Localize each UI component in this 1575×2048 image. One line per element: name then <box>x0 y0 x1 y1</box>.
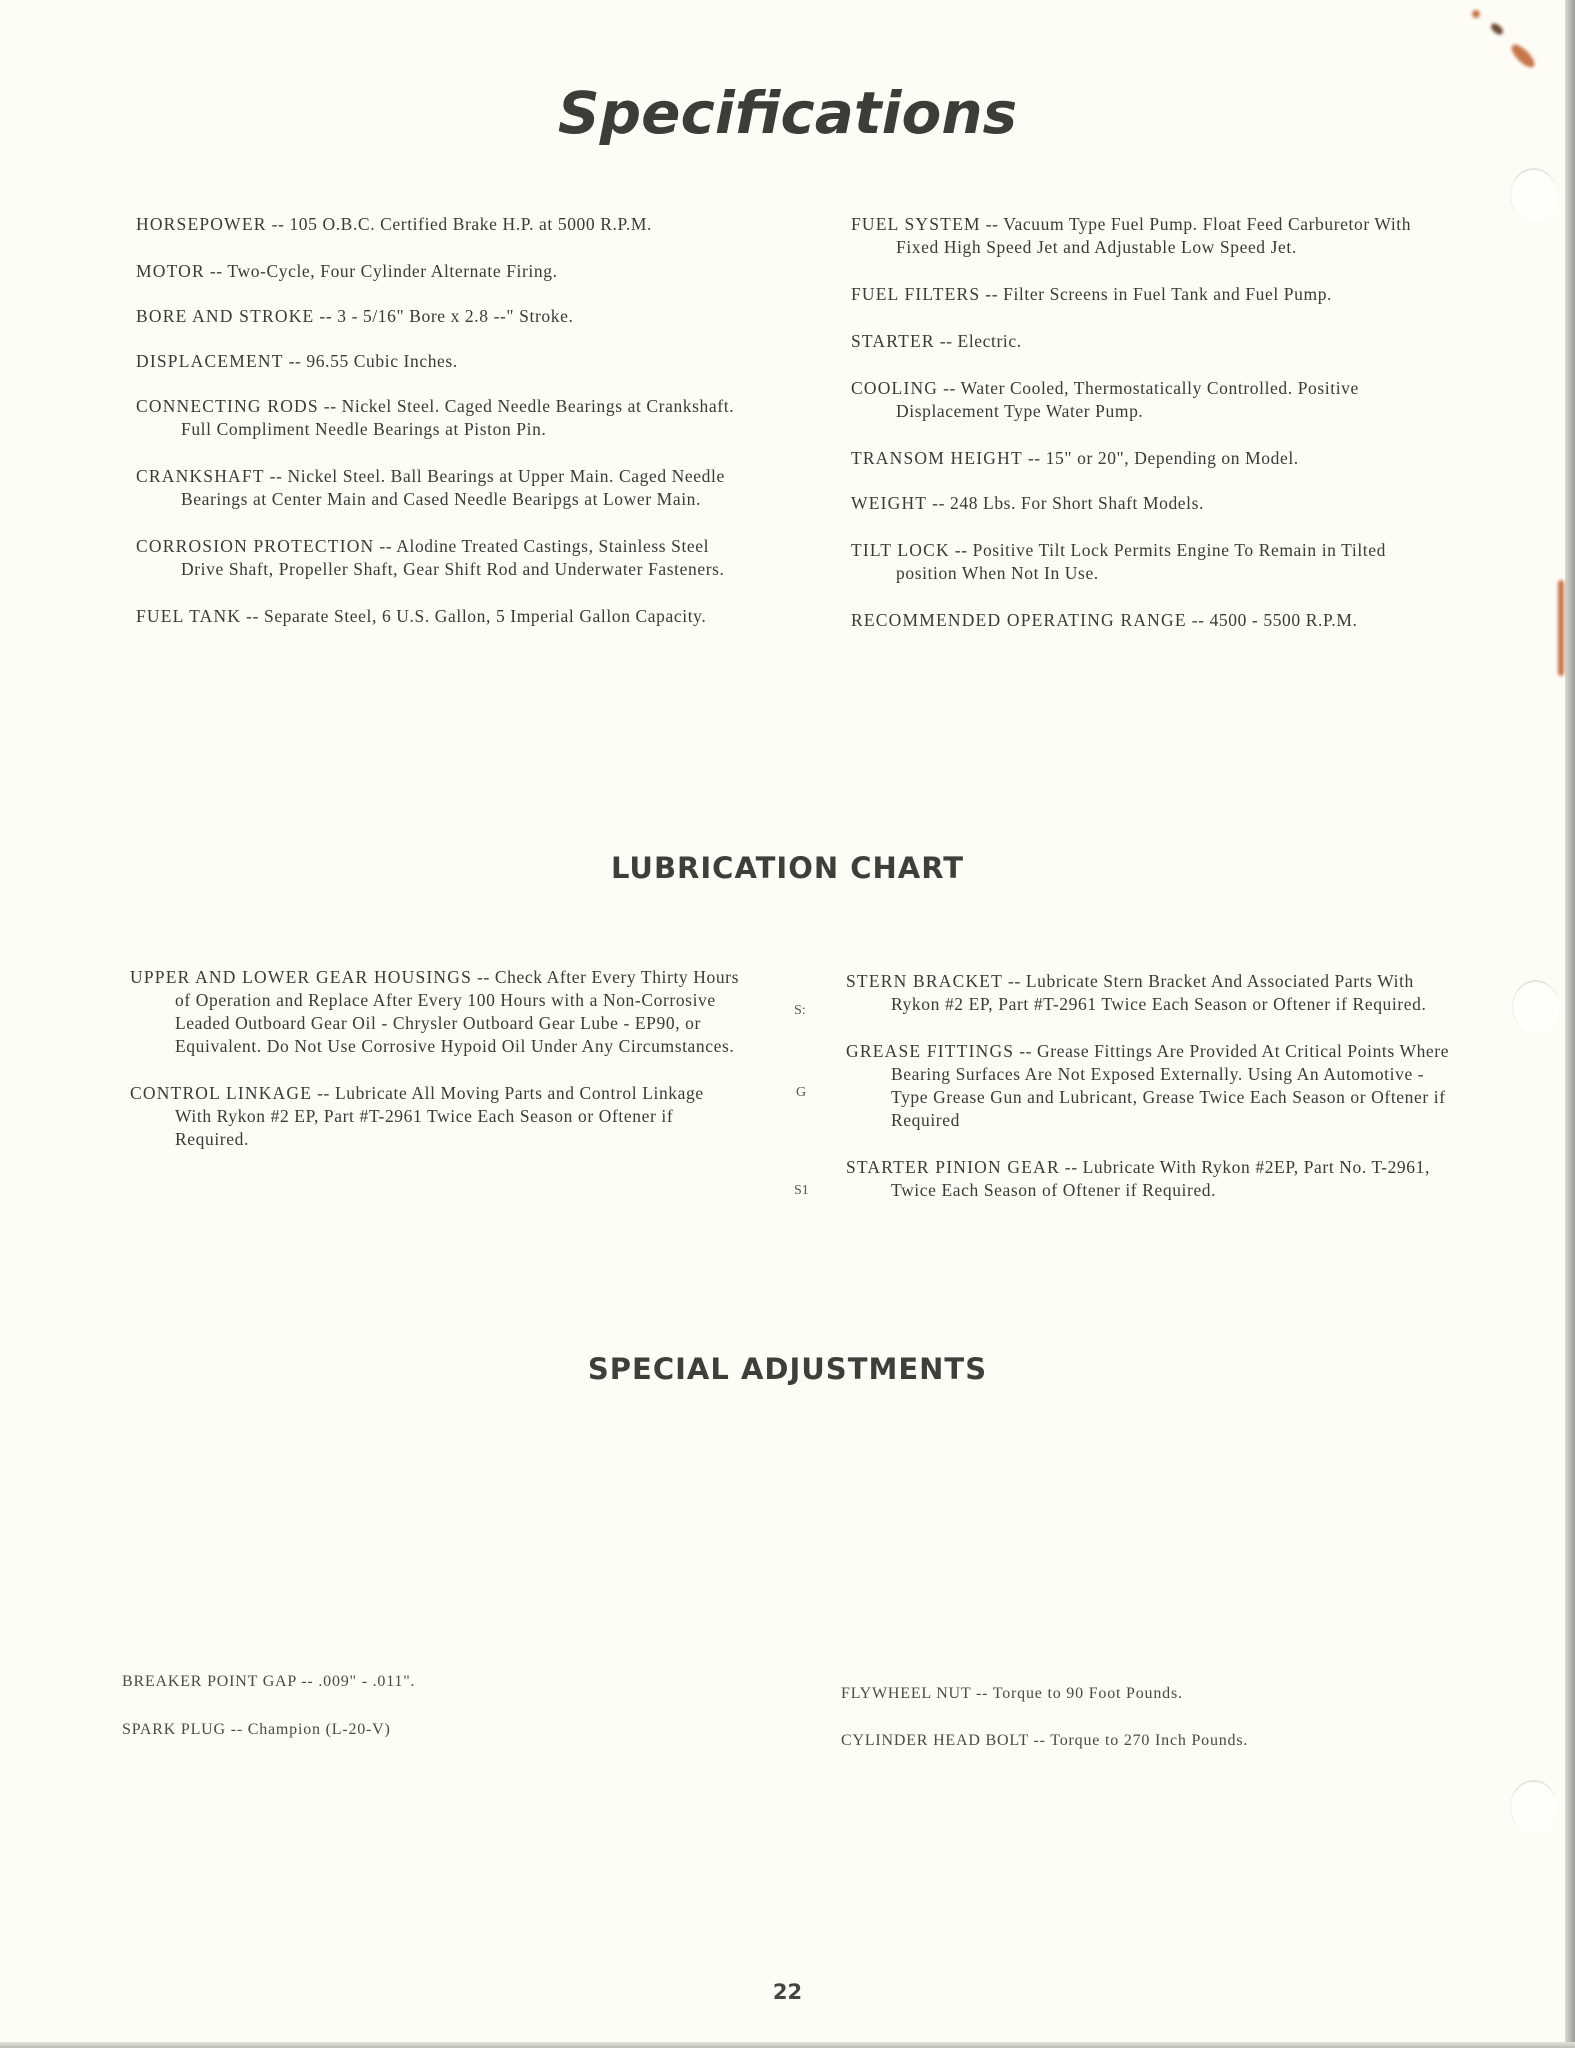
separator: -- <box>927 493 950 513</box>
spec-entry: MOTOR -- Two-Cycle, Four Cylinder Altern… <box>136 260 736 283</box>
spec-entry: GREASE FITTINGS -- Grease Fittings Are P… <box>846 1040 1466 1132</box>
margin-note: S: <box>794 1003 806 1019</box>
spec-entry: TRANSOM HEIGHT -- 15" or 20", Depending … <box>851 447 1451 470</box>
spec-entry: COOLING -- Water Cooled, Thermostaticall… <box>851 377 1451 423</box>
separator: -- <box>935 331 958 351</box>
spec-key: WEIGHT <box>851 493 927 513</box>
spec-entry: UPPER AND LOWER GEAR HOUSINGS -- Check A… <box>130 966 745 1058</box>
spec-key: COOLING <box>851 378 938 398</box>
separator: -- <box>1187 610 1210 630</box>
spec-value: Separate Steel, 6 U.S. Gallon, 5 Imperia… <box>264 606 706 626</box>
lubrication-heading: LUBRICATION CHART <box>0 851 1575 885</box>
spec-entry: STERN BRACKET -- Lubricate Stern Bracket… <box>846 970 1466 1016</box>
spec-value: Two-Cycle, Four Cylinder Alternate Firin… <box>227 261 557 281</box>
separator: -- <box>241 606 264 626</box>
margin-note: S1 <box>794 1183 809 1199</box>
spec-key: MOTOR <box>136 261 205 281</box>
separator: -- <box>205 261 228 281</box>
separator: -- <box>284 351 307 371</box>
spec-key: TILT LOCK <box>851 540 950 560</box>
spec-entry: STARTER PINION GEAR -- Lubricate With Ry… <box>846 1156 1466 1202</box>
spec-key: CONNECTING RODS <box>136 396 319 416</box>
spec-value: 105 O.B.C. Certified Brake H.P. at 5000 … <box>289 214 652 234</box>
page-bottom-edge <box>0 2042 1575 2048</box>
spec-entry: CONNECTING RODS -- Nickel Steel. Caged N… <box>136 395 736 441</box>
specifications-right-column: FUEL SYSTEM -- Vacuum Type Fuel Pump. Fl… <box>851 213 1451 632</box>
spec-entry: STARTER -- Electric. <box>851 330 1451 353</box>
separator: -- <box>265 466 288 486</box>
spec-value: 248 Lbs. For Short Shaft Models. <box>950 493 1204 513</box>
spec-key: FUEL FILTERS <box>851 284 980 304</box>
spec-entry: DISPLACEMENT -- 96.55 Cubic Inches. <box>136 350 736 373</box>
margin-note: G <box>796 1085 806 1101</box>
rust-stain-top-2 <box>1489 21 1505 36</box>
spec-key: BORE AND STROKE <box>136 306 314 326</box>
spec-key: STERN BRACKET <box>846 971 1003 991</box>
spec-value: 4500 - 5500 R.P.M. <box>1210 610 1358 630</box>
separator: -- <box>1060 1157 1083 1177</box>
page-edge-shadow <box>1565 0 1575 2048</box>
spec-entry: RECOMMENDED OPERATING RANGE -- 4500 - 55… <box>851 609 1451 632</box>
adjustment-spark-plug: SPARK PLUG -- Champion (L-20-V) <box>122 1721 391 1739</box>
spec-entry: BORE AND STROKE -- 3 - 5/16" Bore x 2.8 … <box>136 305 736 328</box>
separator: -- <box>1023 448 1046 468</box>
separator: -- <box>314 306 337 326</box>
adjustment-flywheel-nut: FLYWHEEL NUT -- Torque to 90 Foot Pounds… <box>841 1685 1183 1703</box>
binder-hole-bottom <box>1510 1780 1557 1834</box>
rust-stain-top-3 <box>1508 41 1538 71</box>
separator: -- <box>950 540 973 560</box>
special-adjustments-heading: SPECIAL ADJUSTMENTS <box>0 1352 1575 1386</box>
spec-key: UPPER AND LOWER GEAR HOUSINGS <box>130 967 472 987</box>
separator: -- <box>1014 1041 1037 1061</box>
adjustment-cylinder-head-bolt: CYLINDER HEAD BOLT -- Torque to 270 Inch… <box>841 1732 1248 1750</box>
lubrication-left-column: UPPER AND LOWER GEAR HOUSINGS -- Check A… <box>130 966 745 1151</box>
spec-key: TRANSOM HEIGHT <box>851 448 1023 468</box>
page-title: Specifications <box>0 79 1575 147</box>
page-number: 22 <box>0 1980 1575 2004</box>
spec-value: 96.55 Cubic Inches. <box>306 351 457 371</box>
separator: -- <box>374 536 396 556</box>
separator: -- <box>938 378 961 398</box>
separator: -- <box>981 214 1004 234</box>
separator: -- <box>319 396 342 416</box>
spec-entry: CORROSION PROTECTION -- Alodine Treated … <box>136 535 736 581</box>
binder-hole-top <box>1510 168 1557 222</box>
rust-stain-top <box>1472 10 1480 18</box>
specifications-left-column: HORSEPOWER -- 105 O.B.C. Certified Brake… <box>136 213 736 628</box>
spec-value: Filter Screens in Fuel Tank and Fuel Pum… <box>1003 284 1332 304</box>
spec-key: FUEL TANK <box>136 606 241 626</box>
spec-key: HORSEPOWER <box>136 214 267 234</box>
binder-hole-middle <box>1512 980 1559 1034</box>
spec-entry: FUEL FILTERS -- Filter Screens in Fuel T… <box>851 283 1451 306</box>
spec-entry: TILT LOCK -- Positive Tilt Lock Permits … <box>851 539 1451 585</box>
spec-key: GREASE FITTINGS <box>846 1041 1014 1061</box>
spec-entry: CRANKSHAFT -- Nickel Steel. Ball Bearing… <box>136 465 736 511</box>
spec-key: CORROSION PROTECTION <box>136 536 374 556</box>
spec-key: STARTER PINION GEAR <box>846 1157 1060 1177</box>
spec-key: RECOMMENDED OPERATING RANGE <box>851 610 1187 630</box>
spec-value: 15" or 20", Depending on Model. <box>1046 448 1299 468</box>
separator: -- <box>312 1083 335 1103</box>
spec-key: CRANKSHAFT <box>136 466 265 486</box>
adjustment-breaker-point-gap: BREAKER POINT GAP -- .009" - .011". <box>122 1673 415 1691</box>
spec-key: DISPLACEMENT <box>136 351 284 371</box>
spec-value: 3 - 5/16" Bore x 2.8 --" Stroke. <box>337 306 573 326</box>
spec-value: Water Cooled, Thermostatically Controlle… <box>896 378 1359 421</box>
spec-value: Electric. <box>958 331 1022 351</box>
separator: -- <box>1003 971 1026 991</box>
spec-key: FUEL SYSTEM <box>851 214 981 234</box>
spec-entry: CONTROL LINKAGE -- Lubricate All Moving … <box>130 1082 745 1151</box>
separator: -- <box>267 214 290 234</box>
rust-stain-edge <box>1558 580 1564 676</box>
spec-key: STARTER <box>851 331 935 351</box>
spec-entry: FUEL SYSTEM -- Vacuum Type Fuel Pump. Fl… <box>851 213 1451 259</box>
spec-entry: FUEL TANK -- Separate Steel, 6 U.S. Gall… <box>136 605 736 628</box>
spec-entry: WEIGHT -- 248 Lbs. For Short Shaft Model… <box>851 492 1451 515</box>
separator: -- <box>980 284 1003 304</box>
separator: -- <box>472 967 495 987</box>
spec-key: CONTROL LINKAGE <box>130 1083 312 1103</box>
lubrication-right-column: STERN BRACKET -- Lubricate Stern Bracket… <box>846 970 1466 1202</box>
spec-entry: HORSEPOWER -- 105 O.B.C. Certified Brake… <box>136 213 736 236</box>
